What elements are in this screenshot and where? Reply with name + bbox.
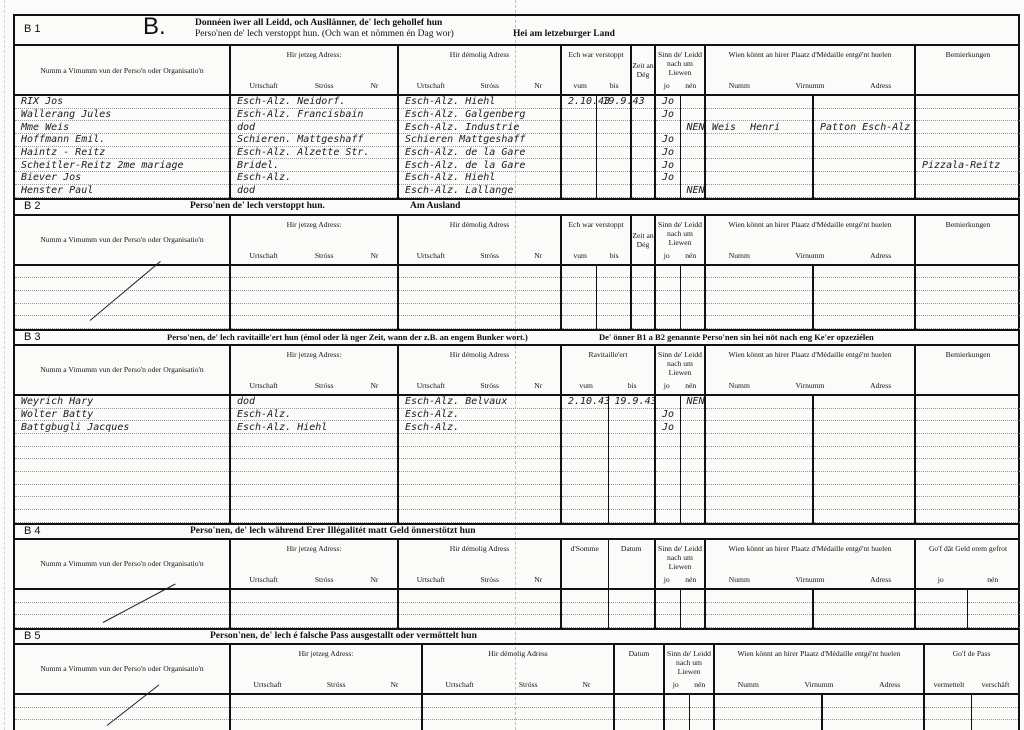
cell-old-addr[interactable]	[398, 446, 561, 459]
cell-from[interactable]	[561, 484, 608, 497]
cell-remarks[interactable]	[915, 134, 1020, 147]
cell-remarks[interactable]	[915, 421, 1020, 434]
cell-nen[interactable]	[680, 146, 705, 159]
cell-cur-addr[interactable]	[230, 602, 398, 615]
cell-medal-name[interactable]	[705, 146, 813, 159]
cell-procured[interactable]	[971, 720, 1018, 730]
cell-remarks[interactable]	[915, 396, 1020, 408]
cell-medal-addr[interactable]	[813, 510, 915, 523]
cell-nen[interactable]: NEN	[680, 121, 705, 134]
cell-old-addr[interactable]: Schieren Mattgeshaff	[398, 134, 561, 147]
cell-medal-addr[interactable]	[813, 396, 915, 408]
cell-medal-addr[interactable]	[813, 146, 915, 159]
cell-jo[interactable]	[655, 497, 680, 510]
cell-medal-addr[interactable]	[822, 720, 924, 730]
cell-remarks[interactable]	[915, 459, 1020, 472]
cell-old-addr[interactable]: Esch-Alz. de la Gare	[398, 146, 561, 159]
cell-medal-name[interactable]	[705, 134, 813, 147]
cell-name[interactable]: Mme Weis	[15, 121, 230, 134]
cell-money-jo[interactable]	[915, 602, 967, 615]
cell-medal-name[interactable]	[705, 184, 813, 197]
cell-to[interactable]: 19.9.43	[596, 96, 631, 108]
cell-name[interactable]	[15, 316, 230, 329]
cell-remarks[interactable]	[915, 290, 1020, 303]
cell-remarks[interactable]	[915, 303, 1020, 316]
cell-to[interactable]	[596, 184, 631, 197]
cell-nen[interactable]	[680, 290, 705, 303]
cell-medal-name[interactable]	[705, 408, 813, 421]
cell-to[interactable]	[608, 408, 655, 421]
cell-name[interactable]	[15, 434, 230, 447]
cell-medal-name[interactable]	[705, 159, 813, 172]
cell-cur-addr[interactable]	[230, 434, 398, 447]
cell-cur-addr[interactable]	[230, 484, 398, 497]
cell-nen[interactable]	[680, 602, 705, 615]
cell-remarks[interactable]	[915, 121, 1020, 134]
cell-jo[interactable]	[664, 720, 689, 730]
cell-medal-name[interactable]	[705, 434, 813, 447]
cell-name[interactable]: Biever Jos	[15, 172, 230, 185]
cell-name[interactable]: Wallerang Jules	[15, 108, 230, 121]
cell-nen[interactable]	[680, 459, 705, 472]
cell-jo[interactable]: Jo	[655, 172, 680, 185]
cell-money-nen[interactable]	[967, 590, 1020, 602]
cell-jo[interactable]: Jo	[655, 134, 680, 147]
cell-nen[interactable]	[680, 303, 705, 316]
cell-remarks[interactable]	[915, 266, 1020, 278]
cell-from[interactable]	[561, 421, 608, 434]
cell-from[interactable]	[561, 108, 596, 121]
cell-medal-addr[interactable]	[813, 484, 915, 497]
cell-medal-name[interactable]	[705, 615, 813, 628]
cell-name[interactable]: Wolter Batty	[15, 408, 230, 421]
cell-old-addr[interactable]: Esch-Alz. Lallange	[398, 184, 561, 197]
cell-from[interactable]	[561, 408, 608, 421]
cell-days[interactable]	[631, 159, 655, 172]
cell-name[interactable]: Weyrich Hary	[15, 396, 230, 408]
cell-medal-name[interactable]	[705, 602, 813, 615]
cell-jo[interactable]	[655, 266, 680, 278]
cell-cur-addr[interactable]: dod	[230, 184, 398, 197]
cell-from[interactable]	[561, 290, 596, 303]
cell-cur-addr[interactable]	[230, 459, 398, 472]
cell-jo[interactable]	[655, 316, 680, 329]
cell-medal-name[interactable]	[705, 303, 813, 316]
cell-cur-addr[interactable]: Esch-Alz. Alzette Str.	[230, 146, 398, 159]
cell-medal-addr[interactable]	[822, 695, 924, 707]
cell-old-addr[interactable]	[422, 707, 614, 720]
cell-nen[interactable]	[680, 590, 705, 602]
cell-remarks[interactable]	[915, 316, 1020, 329]
cell-medal-name[interactable]	[714, 720, 822, 730]
cell-from[interactable]	[561, 278, 596, 291]
cell-days[interactable]	[631, 184, 655, 197]
cell-jo[interactable]: Jo	[655, 108, 680, 121]
cell-remarks[interactable]	[915, 484, 1020, 497]
cell-nen[interactable]	[680, 172, 705, 185]
cell-days[interactable]	[631, 303, 655, 316]
cell-medal-addr[interactable]	[813, 172, 915, 185]
cell-date[interactable]	[614, 720, 664, 730]
cell-cur-addr[interactable]: Esch-Alz.	[230, 172, 398, 185]
cell-old-addr[interactable]: Esch-Alz. Industrie	[398, 121, 561, 134]
cell-medal-name[interactable]	[705, 316, 813, 329]
cell-medal-name[interactable]	[705, 510, 813, 523]
cell-jo[interactable]	[655, 396, 680, 408]
cell-nen[interactable]	[680, 278, 705, 291]
cell-cur-addr[interactable]: Esch-Alz.	[230, 408, 398, 421]
cell-from[interactable]	[561, 497, 608, 510]
cell-remarks[interactable]	[915, 408, 1020, 421]
cell-name[interactable]	[15, 615, 230, 628]
cell-remarks[interactable]: Pizzala-Reitz	[915, 159, 1020, 172]
cell-medal-name[interactable]	[705, 172, 813, 185]
cell-jo[interactable]	[655, 278, 680, 291]
cell-to[interactable]	[596, 121, 631, 134]
cell-from[interactable]: 2.10.43	[561, 396, 608, 408]
cell-jo[interactable]	[655, 459, 680, 472]
cell-old-addr[interactable]	[398, 266, 561, 278]
cell-jo[interactable]: Jo	[655, 146, 680, 159]
cell-sum[interactable]	[561, 602, 608, 615]
cell-to[interactable]	[608, 434, 655, 447]
cell-days[interactable]	[631, 134, 655, 147]
cell-medal-addr[interactable]	[813, 96, 915, 108]
cell-medal-addr[interactable]	[813, 446, 915, 459]
cell-nen[interactable]	[680, 134, 705, 147]
cell-medal-name[interactable]	[705, 278, 813, 291]
cell-nen[interactable]	[689, 707, 714, 720]
cell-days[interactable]	[631, 146, 655, 159]
cell-to[interactable]	[596, 172, 631, 185]
cell-to[interactable]	[596, 266, 631, 278]
cell-cur-addr[interactable]	[230, 590, 398, 602]
cell-procured[interactable]	[971, 707, 1018, 720]
cell-medal-name[interactable]	[705, 497, 813, 510]
cell-medal-addr[interactable]	[813, 459, 915, 472]
cell-to[interactable]	[608, 497, 655, 510]
cell-remarks[interactable]	[915, 497, 1020, 510]
cell-remarks[interactable]	[915, 108, 1020, 121]
cell-medal-addr[interactable]	[813, 134, 915, 147]
cell-cur-addr[interactable]	[230, 615, 398, 628]
cell-jo[interactable]	[664, 695, 689, 707]
cell-days[interactable]	[631, 278, 655, 291]
cell-remarks[interactable]	[915, 446, 1020, 459]
cell-old-addr[interactable]	[398, 459, 561, 472]
cell-name[interactable]	[15, 720, 230, 730]
cell-medal-addr[interactable]	[813, 421, 915, 434]
cell-medal-addr[interactable]	[813, 303, 915, 316]
cell-medal-addr[interactable]	[813, 472, 915, 485]
cell-from[interactable]	[561, 184, 596, 197]
cell-medal-name[interactable]	[705, 590, 813, 602]
cell-cur-addr[interactable]	[230, 316, 398, 329]
cell-nen[interactable]	[680, 266, 705, 278]
cell-jo[interactable]	[655, 590, 680, 602]
cell-jo[interactable]	[664, 707, 689, 720]
cell-name[interactable]	[15, 695, 230, 707]
cell-name[interactable]	[15, 472, 230, 485]
cell-old-addr[interactable]	[398, 615, 561, 628]
cell-cur-addr[interactable]: Bridel.	[230, 159, 398, 172]
cell-name[interactable]: Hoffmann Emil.	[15, 134, 230, 147]
cell-medal-name[interactable]	[705, 459, 813, 472]
cell-old-addr[interactable]	[398, 290, 561, 303]
cell-to[interactable]	[596, 134, 631, 147]
cell-cur-addr[interactable]	[230, 290, 398, 303]
cell-to[interactable]	[608, 510, 655, 523]
cell-old-addr[interactable]	[398, 510, 561, 523]
cell-medal-addr[interactable]	[813, 434, 915, 447]
cell-medal-name[interactable]	[705, 96, 813, 108]
cell-jo[interactable]: Jo	[655, 421, 680, 434]
cell-old-addr[interactable]: Esch-Alz. Belvaux	[398, 396, 561, 408]
cell-jo[interactable]	[655, 602, 680, 615]
cell-from[interactable]	[561, 510, 608, 523]
cell-remarks[interactable]	[915, 278, 1020, 291]
cell-sum[interactable]	[561, 615, 608, 628]
cell-old-addr[interactable]	[398, 434, 561, 447]
cell-name[interactable]: Battgbugli Jacques	[15, 421, 230, 434]
cell-nen[interactable]	[689, 695, 714, 707]
cell-old-addr[interactable]	[398, 590, 561, 602]
cell-days[interactable]	[631, 290, 655, 303]
cell-sum[interactable]	[561, 590, 608, 602]
cell-from[interactable]	[561, 446, 608, 459]
cell-money-nen[interactable]	[967, 615, 1020, 628]
cell-medal-addr[interactable]	[813, 278, 915, 291]
cell-medal-addr[interactable]	[822, 707, 924, 720]
cell-medal-addr[interactable]	[813, 290, 915, 303]
cell-nen[interactable]	[680, 510, 705, 523]
cell-name[interactable]	[15, 510, 230, 523]
cell-medal-addr[interactable]	[813, 615, 915, 628]
cell-old-addr[interactable]	[398, 602, 561, 615]
cell-to[interactable]	[596, 159, 631, 172]
cell-nen[interactable]	[680, 434, 705, 447]
cell-to[interactable]	[608, 484, 655, 497]
cell-old-addr[interactable]: Esch-Alz. Hiehl	[398, 172, 561, 185]
cell-nen[interactable]	[680, 108, 705, 121]
cell-jo[interactable]	[655, 121, 680, 134]
cell-old-addr[interactable]: Esch-Alz. de la Gare	[398, 159, 561, 172]
cell-jo[interactable]	[655, 615, 680, 628]
cell-mediated[interactable]	[924, 695, 971, 707]
cell-to[interactable]	[608, 421, 655, 434]
cell-name[interactable]: Haintz - Reitz	[15, 146, 230, 159]
cell-to[interactable]	[596, 146, 631, 159]
cell-from[interactable]	[561, 459, 608, 472]
cell-medal-name[interactable]	[705, 446, 813, 459]
cell-name[interactable]	[15, 459, 230, 472]
cell-cur-addr[interactable]	[230, 510, 398, 523]
cell-name[interactable]: Scheitler-Reitz 2me mariage	[15, 159, 230, 172]
cell-nen[interactable]	[680, 472, 705, 485]
cell-name[interactable]	[15, 266, 230, 278]
cell-cur-addr[interactable]: Esch-Alz. Neidorf.	[230, 96, 398, 108]
cell-cur-addr[interactable]: Esch-Alz. Hiehl	[230, 421, 398, 434]
cell-old-addr[interactable]	[398, 484, 561, 497]
cell-jo[interactable]	[655, 510, 680, 523]
cell-nen[interactable]	[680, 408, 705, 421]
cell-medal-name[interactable]	[714, 707, 822, 720]
cell-days[interactable]	[631, 108, 655, 121]
cell-name[interactable]	[15, 497, 230, 510]
cell-cur-addr[interactable]: dod	[230, 121, 398, 134]
cell-cur-addr[interactable]	[230, 472, 398, 485]
cell-old-addr[interactable]: Esch-Alz. Hiehl	[398, 96, 561, 108]
cell-medal-name[interactable]: WeisHenri	[705, 121, 813, 134]
cell-medal-name[interactable]	[705, 421, 813, 434]
cell-medal-name[interactable]	[705, 472, 813, 485]
cell-medal-addr[interactable]	[813, 602, 915, 615]
cell-remarks[interactable]	[915, 172, 1020, 185]
cell-name[interactable]	[15, 446, 230, 459]
cell-cur-addr[interactable]	[230, 266, 398, 278]
cell-nen[interactable]: NEN	[680, 184, 705, 197]
cell-cur-addr[interactable]: Schieren. Mattgeshaff	[230, 134, 398, 147]
cell-jo[interactable]: Jo	[655, 159, 680, 172]
cell-money-jo[interactable]	[915, 615, 967, 628]
cell-jo[interactable]	[655, 184, 680, 197]
cell-money-nen[interactable]	[967, 602, 1020, 615]
cell-cur-addr[interactable]	[230, 720, 422, 730]
cell-medal-addr[interactable]: Patton Esch-Alz	[813, 121, 915, 134]
cell-jo[interactable]	[655, 290, 680, 303]
cell-medal-addr[interactable]	[813, 316, 915, 329]
cell-medal-addr[interactable]	[813, 497, 915, 510]
cell-jo[interactable]	[655, 303, 680, 316]
cell-nen[interactable]	[680, 446, 705, 459]
cell-old-addr[interactable]	[398, 278, 561, 291]
cell-old-addr[interactable]	[422, 720, 614, 730]
cell-from[interactable]	[561, 316, 596, 329]
cell-cur-addr[interactable]	[230, 446, 398, 459]
cell-nen[interactable]	[680, 484, 705, 497]
cell-remarks[interactable]	[915, 184, 1020, 197]
cell-medal-name[interactable]	[705, 266, 813, 278]
cell-medal-addr[interactable]	[813, 108, 915, 121]
cell-to[interactable]	[596, 290, 631, 303]
cell-days[interactable]	[631, 316, 655, 329]
cell-medal-addr[interactable]	[813, 184, 915, 197]
cell-from[interactable]	[561, 121, 596, 134]
cell-nen[interactable]	[680, 615, 705, 628]
cell-medal-addr[interactable]	[813, 408, 915, 421]
cell-nen[interactable]	[680, 316, 705, 329]
cell-date[interactable]	[614, 707, 664, 720]
cell-nen[interactable]	[680, 159, 705, 172]
cell-nen[interactable]	[680, 497, 705, 510]
cell-from[interactable]	[561, 134, 596, 147]
cell-to[interactable]	[596, 303, 631, 316]
cell-date[interactable]	[608, 602, 655, 615]
cell-to[interactable]: 19.9.43	[608, 396, 655, 408]
cell-medal-name[interactable]	[705, 484, 813, 497]
cell-name[interactable]	[15, 590, 230, 602]
cell-jo[interactable]: Jo	[655, 96, 680, 108]
cell-from[interactable]	[561, 472, 608, 485]
cell-remarks[interactable]	[915, 434, 1020, 447]
cell-medal-addr[interactable]	[813, 266, 915, 278]
cell-old-addr[interactable]: Esch-Alz.	[398, 421, 561, 434]
cell-old-addr[interactable]	[398, 303, 561, 316]
cell-remarks[interactable]	[915, 146, 1020, 159]
cell-name[interactable]: RIX Jos	[15, 96, 230, 108]
cell-from[interactable]: 2.10.43	[561, 96, 596, 108]
cell-name[interactable]	[15, 303, 230, 316]
cell-jo[interactable]: Jo	[655, 408, 680, 421]
cell-name[interactable]	[15, 484, 230, 497]
cell-mediated[interactable]	[924, 707, 971, 720]
cell-mediated[interactable]	[924, 720, 971, 730]
cell-cur-addr[interactable]: dod	[230, 396, 398, 408]
cell-cur-addr[interactable]: Esch-Alz. Francisbain	[230, 108, 398, 121]
cell-from[interactable]	[561, 146, 596, 159]
cell-to[interactable]	[596, 278, 631, 291]
cell-remarks[interactable]	[915, 472, 1020, 485]
cell-jo[interactable]	[655, 484, 680, 497]
cell-to[interactable]	[608, 472, 655, 485]
cell-jo[interactable]	[655, 472, 680, 485]
cell-days[interactable]	[631, 172, 655, 185]
cell-cur-addr[interactable]	[230, 695, 422, 707]
cell-to[interactable]	[596, 108, 631, 121]
cell-old-addr[interactable]: Esch-Alz. Galgenberg	[398, 108, 561, 121]
cell-money-jo[interactable]	[915, 590, 967, 602]
cell-nen[interactable]: NEN	[680, 396, 705, 408]
cell-date[interactable]	[608, 615, 655, 628]
cell-old-addr[interactable]	[398, 316, 561, 329]
cell-cur-addr[interactable]	[230, 278, 398, 291]
cell-name[interactable]	[15, 278, 230, 291]
cell-medal-name[interactable]	[714, 695, 822, 707]
cell-to[interactable]	[608, 459, 655, 472]
cell-name[interactable]	[15, 602, 230, 615]
cell-date[interactable]	[608, 590, 655, 602]
cell-nen[interactable]	[680, 96, 705, 108]
cell-from[interactable]	[561, 266, 596, 278]
cell-old-addr[interactable]	[398, 497, 561, 510]
cell-date[interactable]	[614, 695, 664, 707]
cell-cur-addr[interactable]	[230, 707, 422, 720]
cell-name[interactable]: Henster Paul	[15, 184, 230, 197]
cell-medal-name[interactable]	[705, 396, 813, 408]
cell-jo[interactable]	[655, 446, 680, 459]
cell-from[interactable]	[561, 172, 596, 185]
cell-old-addr[interactable]: Esch-Alz.	[398, 408, 561, 421]
cell-procured[interactable]	[971, 695, 1018, 707]
cell-from[interactable]	[561, 303, 596, 316]
cell-to[interactable]	[596, 316, 631, 329]
cell-to[interactable]	[608, 446, 655, 459]
cell-medal-name[interactable]	[705, 108, 813, 121]
cell-medal-name[interactable]	[705, 290, 813, 303]
cell-nen[interactable]	[689, 720, 714, 730]
cell-cur-addr[interactable]	[230, 497, 398, 510]
cell-from[interactable]	[561, 159, 596, 172]
cell-from[interactable]	[561, 434, 608, 447]
cell-remarks[interactable]	[915, 96, 1020, 108]
cell-nen[interactable]	[680, 421, 705, 434]
cell-medal-addr[interactable]	[813, 159, 915, 172]
cell-days[interactable]	[631, 266, 655, 278]
cell-jo[interactable]	[655, 434, 680, 447]
cell-old-addr[interactable]	[398, 472, 561, 485]
cell-days[interactable]	[631, 121, 655, 134]
cell-old-addr[interactable]	[422, 695, 614, 707]
